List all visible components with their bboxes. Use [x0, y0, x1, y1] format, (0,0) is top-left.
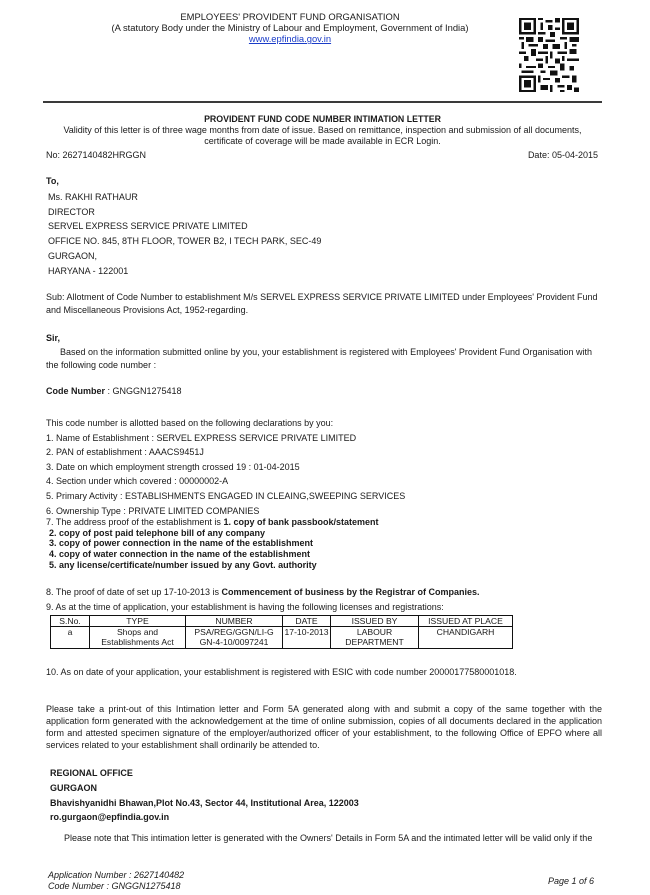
cell-sno: a: [51, 627, 90, 649]
declaration-item-9: 9. As at the time of application, your e…: [46, 602, 444, 612]
regional-office-title: REGIONAL OFFICE: [50, 766, 359, 781]
cell-number: PSA/REG/GGN/LI-G GN-4-10/0097241: [186, 627, 283, 649]
column-header: S.No.: [51, 616, 90, 627]
recipient-city: GURGAON,: [48, 249, 321, 264]
code-number-label: Code Number: [46, 386, 105, 396]
page-number: Page 1 of 6: [548, 876, 594, 886]
instructions-paragraph: Please take a print-out of this Intimati…: [46, 703, 602, 751]
column-header: TYPE: [90, 616, 186, 627]
intro-paragraph: Based on the information submitted onlin…: [46, 346, 602, 371]
cell-date: 17-10-2013: [283, 627, 331, 649]
declaration-item: 1. Name of Establishment : SERVEL EXPRES…: [46, 431, 405, 446]
recipient-address: Ms. RAKHI RATHAUR DIRECTOR SERVEL EXPRES…: [48, 190, 321, 278]
letterhead: EMPLOYEES' PROVIDENT FUND ORGANISATION (…: [60, 11, 520, 44]
code-number: Code Number : GNGGN1275418: [46, 386, 182, 396]
address-proof-item: 2. copy of post paid telephone bill of a…: [46, 528, 378, 539]
validity-note-footer: Please note that This intimation letter …: [64, 833, 592, 843]
regional-office-city: GURGAON: [50, 781, 359, 796]
declaration-item-8: 8. The proof of date of set up 17-10-201…: [46, 587, 480, 597]
table-header-row: S.No. TYPE NUMBER DATE ISSUED BY ISSUED …: [51, 616, 513, 627]
letter-title: PROVIDENT FUND CODE NUMBER INTIMATION LE…: [43, 114, 602, 124]
column-header: ISSUED AT PLACE: [419, 616, 513, 627]
address-proof-item: 5. any license/certificate/number issued…: [46, 560, 378, 571]
footer-code-number: Code Number : GNGGN1275418: [48, 881, 184, 892]
regional-office-email: ro.gurgaon@epfindia.gov.in: [50, 810, 359, 825]
recipient-street: OFFICE NO. 845, 8TH FLOOR, TOWER B2, I T…: [48, 234, 321, 249]
website-link[interactable]: www.epfindia.gov.in: [249, 33, 331, 44]
qr-code-icon: [519, 17, 579, 93]
declaration-item: 5. Primary Activity : ESTABLISHMENTS ENG…: [46, 489, 405, 504]
declarations-intro: This code number is allotted based on th…: [46, 416, 405, 431]
column-header: NUMBER: [186, 616, 283, 627]
address-proof-list: 7. The address proof of the establishmen…: [46, 517, 378, 571]
to-label: To,: [46, 176, 59, 186]
cell-issued-at: CHANDIGARH: [419, 627, 513, 649]
declaration-item: 6. Ownership Type : PRIVATE LIMITED COMP…: [46, 504, 405, 519]
cell-type: Shops and Establishments Act: [90, 627, 186, 649]
header-divider: [43, 101, 602, 103]
subject-line: Sub: Allotment of Code Number to establi…: [46, 291, 602, 316]
declaration-item: 3. Date on which employment strength cro…: [46, 460, 405, 475]
page-footer: Application Number : 2627140482 Code Num…: [48, 870, 184, 891]
table-row: a Shops and Establishments Act PSA/REG/G…: [51, 627, 513, 649]
address-proof-item: 1. copy of bank passbook/statement: [223, 517, 378, 527]
recipient-designation: DIRECTOR: [48, 205, 321, 220]
declaration-item-10: 10. As on date of your application, your…: [46, 667, 517, 677]
recipient-state: HARYANA - 122001: [48, 264, 321, 279]
column-header: ISSUED BY: [331, 616, 419, 627]
org-name: EMPLOYEES' PROVIDENT FUND ORGANISATION: [60, 11, 520, 22]
address-proof-item: 4. copy of water connection in the name …: [46, 549, 378, 560]
cell-issued-by: LABOUR DEPARTMENT: [331, 627, 419, 649]
declarations-list: This code number is allotted based on th…: [46, 416, 405, 518]
code-number-value: : GNGGN1275418: [105, 386, 182, 396]
letter-number: No: 2627140482HRGGN: [46, 150, 146, 160]
declaration-item: 4. Section under which covered : 0000000…: [46, 474, 405, 489]
column-header: DATE: [283, 616, 331, 627]
item8-proof: Commencement of business by the Registra…: [221, 587, 479, 597]
validity-note: Validity of this letter is of three wage…: [43, 125, 602, 147]
regional-office: REGIONAL OFFICE GURGAON Bhavishyanidhi B…: [50, 766, 359, 825]
salutation: Sir,: [46, 333, 60, 343]
address-proof-prefix: 7. The address proof of the establishmen…: [46, 517, 223, 527]
item8-prefix: 8. The proof of date of set up 17-10-201…: [46, 587, 221, 597]
org-subtitle: (A statutory Body under the Ministry of …: [60, 22, 520, 33]
declaration-item: 2. PAN of establishment : AAACS9451J: [46, 445, 405, 460]
footer-application-number: Application Number : 2627140482: [48, 870, 184, 881]
licenses-table: S.No. TYPE NUMBER DATE ISSUED BY ISSUED …: [50, 615, 513, 649]
recipient-company: SERVEL EXPRESS SERVICE PRIVATE LIMITED: [48, 219, 321, 234]
recipient-name: Ms. RAKHI RATHAUR: [48, 190, 321, 205]
letter-date: Date: 05-04-2015: [528, 150, 598, 160]
regional-office-address: Bhavishyanidhi Bhawan,Plot No.43, Sector…: [50, 796, 359, 811]
address-proof-item: 3. copy of power connection in the name …: [46, 538, 378, 549]
